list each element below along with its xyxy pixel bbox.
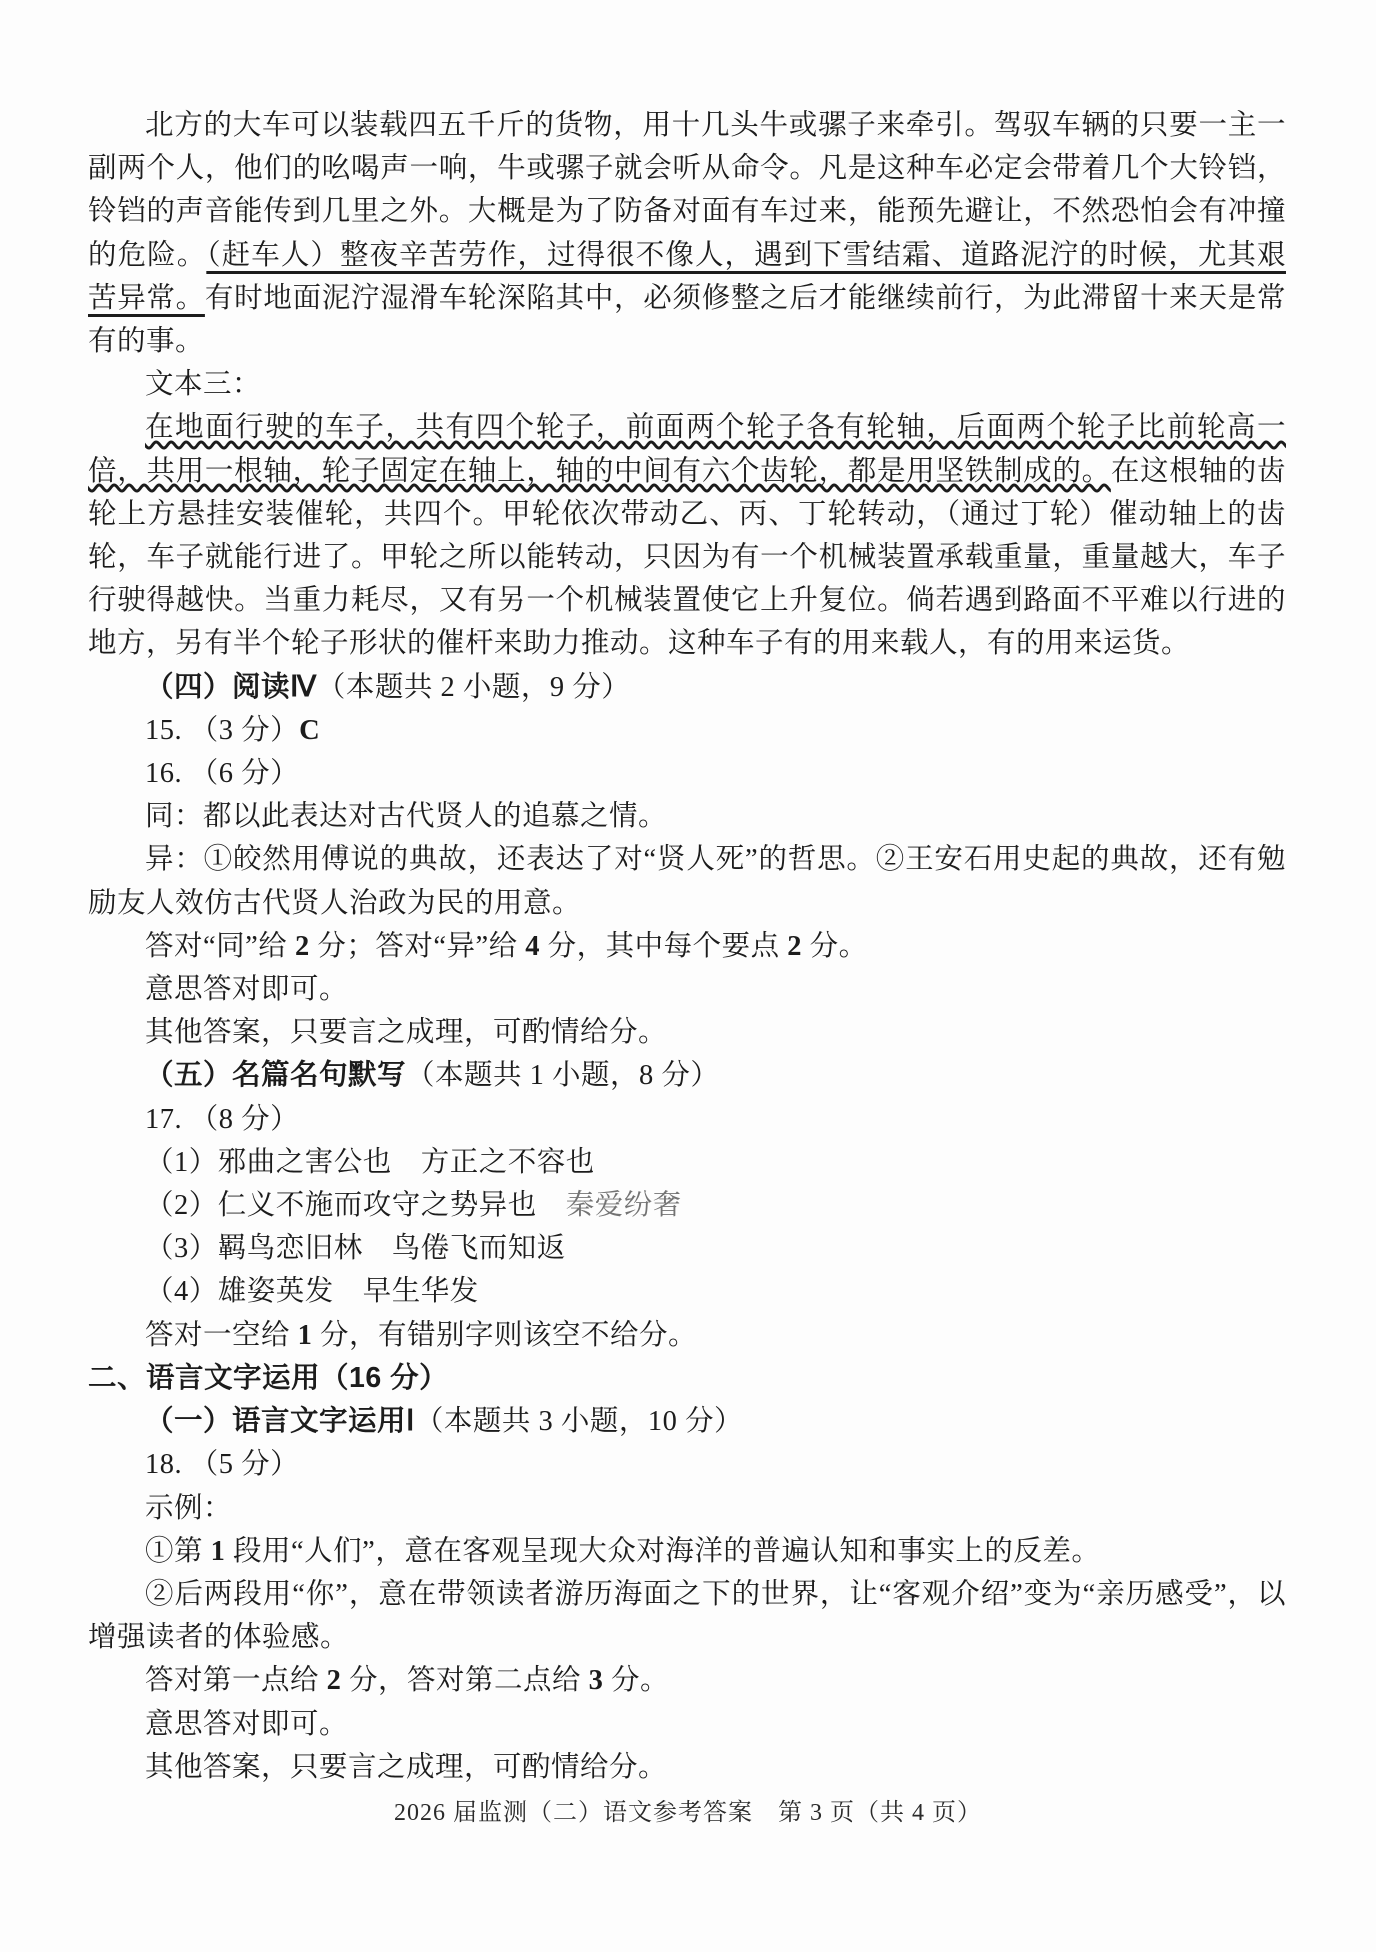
text-run: 答对第一点给 — [145, 1665, 327, 1696]
scoring-16: 答对“同”给 2 分；答对“异”给 4 分，其中每个要点 2 分。 — [88, 925, 1286, 968]
scoring-17: 答对一空给 1 分，有错别字则该空不给分。 — [88, 1314, 1286, 1357]
text-run: 16. （6 分） — [145, 758, 299, 789]
text-run: （3）羁鸟恋旧林 鸟倦飞而知返 — [145, 1233, 566, 1264]
note-18-other: 其他答案，只要言之成理，可酌情给分。 — [88, 1746, 1286, 1789]
text-run: 17. （8 分） — [145, 1104, 299, 1135]
text-run: （本题共 3 小题，10 分） — [415, 1406, 743, 1437]
text-run: 有时地面泥泞湿滑车轮深陷其中，必须修整之后才能继续前行，为此滞留十来天是常有的事… — [88, 283, 1286, 357]
text-run: 意思答对即可。 — [145, 974, 348, 1005]
text-run: 分。 — [603, 1665, 669, 1696]
text-run: ②后两段用“你”，意在带领读者游历海面之下的世界，让“客观介绍”变为“亲历感受”… — [88, 1579, 1286, 1653]
text-run: 18. （5 分） — [145, 1449, 299, 1480]
bold-heading-text: （一）语言文字运用Ⅰ — [145, 1405, 415, 1437]
text-run: 分，有错别字则该空不给分。 — [312, 1320, 697, 1351]
paragraph-text3-body: 在地面行驶的车子，共有四个轮子，前面两个轮子各有轮轴，后面两个轮子比前轮高一倍，… — [88, 406, 1286, 665]
bold-score-text: 2 — [327, 1665, 342, 1696]
text-run: 其他答案，只要言之成理，可酌情给分。 — [145, 1017, 667, 1048]
answer-17-item-1: （1）邪曲之害公也 方正之不容也 — [88, 1141, 1286, 1184]
bold-score-text: 1 — [298, 1320, 313, 1351]
answer-17: 17. （8 分） — [88, 1098, 1286, 1141]
answer-16: 16. （6 分） — [88, 752, 1286, 795]
bold-score-text: 3 — [589, 1665, 604, 1696]
scanned-answer-page: 北方的大车可以装载四五千斤的货物，用十几头牛或骡子来牵引。驾驭车辆的只要一主一副… — [0, 0, 1376, 1952]
answer-18-example-label: 示例： — [88, 1487, 1286, 1530]
paragraph-text3-label: 文本三： — [88, 363, 1286, 406]
answer-15: 15. （3 分）C — [88, 709, 1286, 752]
answer-18-point-2: ②后两段用“你”，意在带领读者游历海面之下的世界，让“客观介绍”变为“亲历感受”… — [88, 1573, 1286, 1659]
text-run: （1）邪曲之害公也 方正之不容也 — [145, 1147, 595, 1178]
bold-heading-text: （五）名篇名句默写 — [145, 1059, 406, 1091]
answer-16-same: 同：都以此表达对古代贤人的追慕之情。 — [88, 795, 1286, 838]
text-run: ①第 — [145, 1536, 211, 1567]
note-16-meaning: 意思答对即可。 — [88, 968, 1286, 1011]
answer-17-item-2: （2）仁义不施而攻守之势异也 秦爱纷奢 — [88, 1184, 1286, 1227]
scoring-18: 答对第一点给 2 分，答对第二点给 3 分。 — [88, 1659, 1286, 1702]
answer-17-item-3: （3）羁鸟恋旧林 鸟倦飞而知返 — [88, 1227, 1286, 1270]
note-16-other: 其他答案，只要言之成理，可酌情给分。 — [88, 1011, 1286, 1054]
document-body: 北方的大车可以装载四五千斤的货物，用十几头牛或骡子来牵引。驾驭车辆的只要一主一副… — [88, 104, 1286, 1789]
bold-score-text: 2 — [787, 931, 802, 962]
text-run: 同：都以此表达对古代贤人的追慕之情。 — [145, 801, 667, 832]
heading-section-5: （五）名篇名句默写（本题共 1 小题，8 分） — [88, 1054, 1286, 1097]
bold-heading-text: （四）阅读Ⅳ — [145, 671, 317, 703]
text-run: 文本三： — [145, 369, 261, 400]
page-footer: 2026 届监测（二）语文参考答案 第 3 页（共 4 页） — [0, 1792, 1376, 1827]
text-run: （本题共 2 小题，9 分） — [317, 672, 630, 703]
answer-17-item-4: （4）雄姿英发 早生华发 — [88, 1270, 1286, 1313]
text-run: 答对“同”给 — [145, 931, 295, 962]
note-18-meaning: 意思答对即可。 — [88, 1703, 1286, 1746]
text-run: 异：①皎然用傅说的典故，还表达了对“贤人死”的哲思。②王安石用史起的典故，还有勉… — [88, 844, 1286, 918]
text-run: 其他答案，只要言之成理，可酌情给分。 — [145, 1752, 667, 1783]
text-run: 分，其中每个要点 — [540, 931, 787, 962]
text-run: 意思答对即可。 — [145, 1709, 348, 1740]
bold-heading-text: 二、语言文字运用（16 分） — [88, 1362, 448, 1394]
text-run: 分；答对“异”给 — [310, 931, 526, 962]
text-run: （4）雄姿英发 早生华发 — [145, 1276, 479, 1307]
text-run: 分，答对第二点给 — [341, 1665, 588, 1696]
bold-score-text: 1 — [211, 1536, 226, 1567]
bold-score-text: 2 — [295, 931, 310, 962]
text-run: 答对一空给 — [145, 1320, 298, 1351]
text-run: 15. （3 分） — [145, 715, 299, 746]
heading-section-4: （四）阅读Ⅳ（本题共 2 小题，9 分） — [88, 666, 1286, 709]
heading-part-2: 二、语言文字运用（16 分） — [88, 1357, 1286, 1400]
paragraph-northern-cart: 北方的大车可以装载四五千斤的货物，用十几头牛或骡子来牵引。驾驭车辆的只要一主一副… — [88, 104, 1286, 363]
footer-text: 2026 届监测（二）语文参考答案 第 3 页（共 4 页） — [394, 1800, 982, 1826]
bold-score-text: C — [299, 715, 320, 746]
text-run: 示例： — [145, 1493, 232, 1524]
answer-18: 18. （5 分） — [88, 1443, 1286, 1486]
handwritten-gray-text: 秦爱纷奢 — [566, 1190, 682, 1221]
text-run: 分。 — [802, 931, 868, 962]
answer-18-point-1: ①第 1 段用“人们”，意在客观呈现大众对海洋的普遍认知和事实上的反差。 — [88, 1530, 1286, 1573]
text-run: （2）仁义不施而攻守之势异也 — [145, 1190, 566, 1221]
wavy-underlined-text: 在地面行驶的车子，共有四个轮子，前面两个轮子各有轮轴，后面两个轮子比前轮高一倍，… — [88, 412, 1286, 486]
text-run: （本题共 1 小题，8 分） — [406, 1060, 719, 1091]
bold-score-text: 4 — [525, 931, 540, 962]
answer-16-diff: 异：①皎然用傅说的典故，还表达了对“贤人死”的哲思。②王安石用史起的典故，还有勉… — [88, 838, 1286, 924]
text-run: 段用“人们”，意在客观呈现大众对海洋的普遍认知和事实上的反差。 — [225, 1536, 1100, 1567]
heading-section-2-1: （一）语言文字运用Ⅰ（本题共 3 小题，10 分） — [88, 1400, 1286, 1443]
